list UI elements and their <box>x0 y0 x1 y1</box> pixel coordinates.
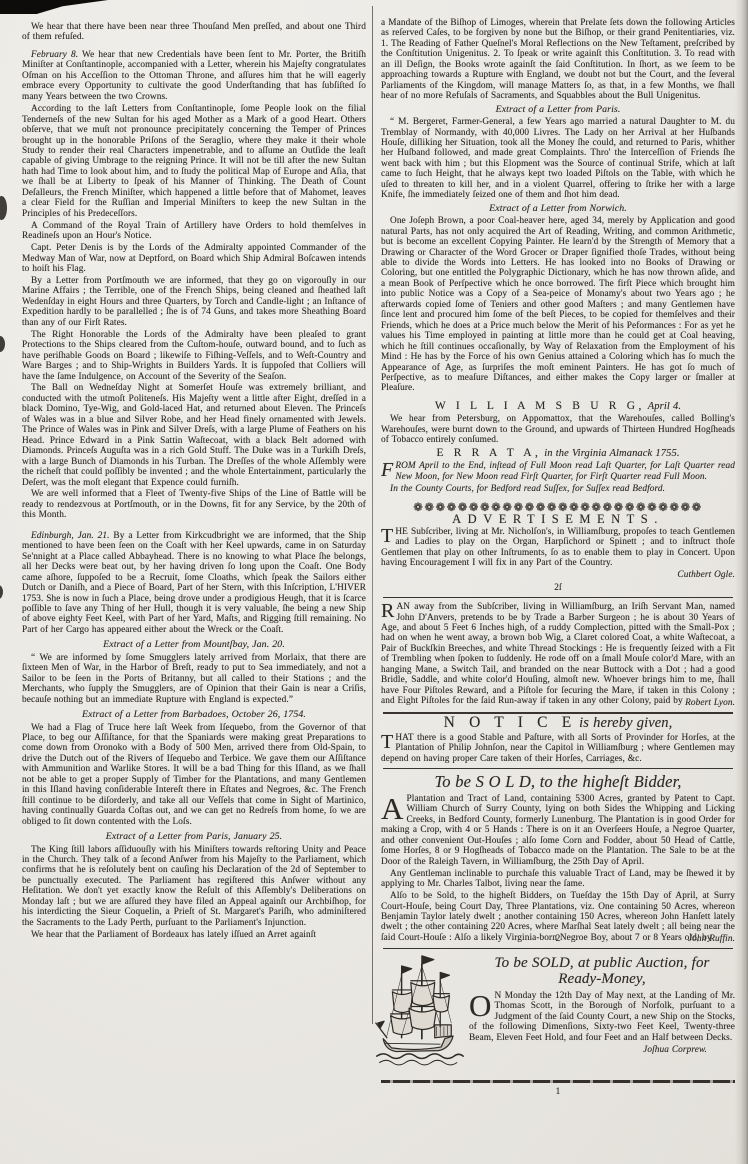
heading-caps: N O T I C E <box>444 714 577 731</box>
paragraph-text: We hear that there have been near three … <box>22 22 366 42</box>
letter-extract-heading: Extract of a Letter from Paris. <box>381 105 735 115</box>
drop-cap: T <box>381 733 395 750</box>
letter-extract-heading: Extract of a Letter from Paris, January … <box>22 832 366 842</box>
notice-heading: N O T I C E is hereby given, <box>381 718 735 730</box>
letter-extract-heading: Extract of a Letter from Norwich. <box>381 204 735 214</box>
heading-tail: April 4. <box>648 401 681 412</box>
paragraph-text: ROM April to the End, inſtead of Full Mo… <box>395 461 735 481</box>
paragraph-text: Any Gentleman inclinable to purchaſe thi… <box>381 869 735 889</box>
paragraph-text: The Ball on Wedneſday Night at Somerſet … <box>22 383 366 487</box>
news-paragraph: “ We are informed by ſome Smugglers late… <box>22 653 366 705</box>
section-rule <box>383 597 733 598</box>
signature-mark: 2ſ <box>381 583 735 593</box>
paragraph-text: a Mandate of the Biſhop of Limoges, wher… <box>381 18 735 101</box>
paragraph-text: The Right Honorable the Lords of the Adm… <box>22 330 366 382</box>
left-column: We hear that there have been near three … <box>22 0 366 942</box>
drop-cap: O <box>469 991 495 1018</box>
news-paragraph: The Right Honorable the Lords of the Adm… <box>22 330 366 382</box>
heading-caps: E R R A T A, <box>436 447 541 459</box>
paragraph-text: By a Letter from Portſmouth we are infor… <box>22 276 366 328</box>
advertisement-paragraph: RAN away from the Subſcriber, living in … <box>381 602 735 707</box>
news-paragraph: “ M. Bergeret, Farmer-General, a few Yea… <box>381 117 735 201</box>
signature-mark: 2 <box>381 934 735 944</box>
news-paragraph: By a Letter from Portſmouth we are infor… <box>22 276 366 328</box>
ship-woodcut-illustration <box>374 953 466 1071</box>
paragraph-text: We had a Flag of Truce here laſt Week fr… <box>22 723 366 827</box>
auction-heading-line: Ready-Money, <box>469 971 735 988</box>
dateline: February 8. <box>31 50 78 60</box>
signature-line: Joſhua Corprew. <box>469 1045 735 1055</box>
notice-paragraph: THAT there is a good Stable and Paſture,… <box>381 733 735 764</box>
bottom-rule <box>381 1080 735 1082</box>
heading-tail: in the Virginia Almanack 1755. <box>544 448 679 459</box>
news-paragraph: a Mandate of the Biſhop of Limoges, wher… <box>381 18 735 102</box>
paragraph-text: “ We are informed by ſome Smugglers late… <box>22 653 366 705</box>
edge-ink-blob <box>0 585 3 599</box>
letter-extract-heading: Extract of a Letter from Barbadoes, Octo… <box>22 710 366 720</box>
heading-caps: W I L L I A M S B U R G, <box>435 400 645 412</box>
column-divider-rule <box>372 6 373 1024</box>
paragraph-text: N Monday the 12th Day of May next, at th… <box>469 991 735 1043</box>
news-paragraph: Edinburgh, Jan. 21. By a Letter from Kir… <box>22 531 366 636</box>
newspaper-page: We hear that there have been near three … <box>0 0 748 1164</box>
news-paragraph: A Command of the Royal Train of Artiller… <box>22 221 366 242</box>
paragraph-text: AN away from the Subſcriber, living in W… <box>381 602 735 706</box>
news-paragraph: The King ſtill labors aſſiduouſly with h… <box>22 845 366 929</box>
news-paragraph: Capt. Peter Denis is by the Lords of the… <box>22 243 366 274</box>
paragraph-text: The King ſtill labors aſſiduouſly with h… <box>22 845 366 928</box>
paragraph-text: “ M. Bergeret, Farmer-General, a few Yea… <box>381 117 735 200</box>
news-paragraph: We hear from Petersburg, on Appomattox, … <box>381 414 735 445</box>
auction-section: To be SOLD, at public Auction, forReady-… <box>381 953 735 1074</box>
drop-cap: F <box>381 461 395 478</box>
printer-ornament-row: ❁❁❁❁❁❁❁❁❁❁❁❁❁❁❁❁❁❁❁❁❁❁❁❁❁❁ <box>381 502 735 512</box>
news-paragraph: We had a Flag of Truce here laſt Week fr… <box>22 723 366 828</box>
sale-heading: To be S O L D, to the higheſt Bidder, <box>381 773 735 791</box>
paragraph-text: A Command of the Royal Train of Artiller… <box>22 221 366 241</box>
ship-woodcut <box>374 953 466 1074</box>
drop-cap: T <box>381 527 395 544</box>
section-rule <box>383 768 733 769</box>
williamsburg-dateline-heading: W I L L I A M S B U R G, April 4. <box>381 401 735 412</box>
paragraph-text: By a Letter from Kirkcudbright we are in… <box>22 531 366 635</box>
news-paragraph: We hear that the Parliament of Bordeaux … <box>22 930 366 940</box>
paragraph-text: Capt. Peter Denis is by the Lords of the… <box>22 243 366 274</box>
errata-heading: E R R A T A, in the Virginia Almanack 17… <box>381 448 735 459</box>
auction-paragraph: ON Monday the 12th Day of May next, at t… <box>469 991 735 1043</box>
errata-paragraph: FROM April to the End, inſtead of Full M… <box>381 461 735 482</box>
paragraph-text: We are well informed that a Fleet of Twe… <box>22 489 366 520</box>
news-paragraph: One Joſeph Brown, a poor Coal-heaver her… <box>381 216 735 394</box>
paragraph-text: We hear that the Parliament of Bordeaux … <box>31 930 316 940</box>
signature: Cuthbert Ogle. <box>677 570 735 580</box>
paragraph-text: HE Subſcriber, living at Mr. Nicholſon's… <box>381 527 735 568</box>
auction-body: To be SOLD, at public Auction, forReady-… <box>466 953 735 1074</box>
page-signature-mark: 1 <box>381 1087 735 1097</box>
advertisement-paragraph: THE Subſcriber, living at Mr. Nicholſon'… <box>381 527 735 569</box>
auction-heading-line: To be SOLD, at public Auction, for <box>469 955 735 972</box>
drop-cap: A <box>381 794 407 821</box>
signature-line: Cuthbert Ogle. <box>381 570 735 580</box>
right-column: a Mandate of the Biſhop of Limoges, wher… <box>381 0 735 1099</box>
heading-tail: is hereby given, <box>579 715 672 731</box>
sale-paragraph: Any Gentleman inclinable to purchaſe thi… <box>381 869 735 890</box>
news-paragraph: We hear that there have been near three … <box>22 22 366 43</box>
news-paragraph: We are well informed that a Fleet of Twe… <box>22 489 366 520</box>
paragraph-text: In the County Courts, for Bedford read S… <box>390 484 665 494</box>
edge-ink-blob <box>0 196 7 220</box>
sale-paragraph: APlantation and Tract of Land, containin… <box>381 794 735 867</box>
paragraph-text: Plantation and Tract of Land, containing… <box>381 794 735 867</box>
edge-ink-blob <box>0 336 5 352</box>
signature: Joſhua Corprew. <box>643 1045 735 1055</box>
drop-cap: R <box>381 602 396 619</box>
signature: Robert Lyon. <box>685 698 735 708</box>
auction-heading: To be SOLD, at public Auction, forReady-… <box>469 955 735 988</box>
display-heading-line: To be S O L D, to the higheſt Bidder, <box>381 773 735 791</box>
paragraph-text: One Joſeph Brown, a poor Coal-heaver her… <box>381 216 735 393</box>
paragraph-text: We hear from Petersburg, on Appomattox, … <box>381 414 735 445</box>
dateline: Edinburgh, Jan. 21. <box>31 531 110 541</box>
news-paragraph: According to the laſt Letters from Conſt… <box>22 104 366 219</box>
news-paragraph: February 8. We hear that new Credentials… <box>22 50 366 102</box>
section-rule <box>383 948 733 949</box>
news-paragraph: The Ball on Wedneſday Night at Somerſet … <box>22 383 366 488</box>
errata-paragraph: In the County Courts, for Bedford read S… <box>381 484 735 494</box>
paragraph-text: According to the laſt Letters from Conſt… <box>22 104 366 219</box>
signature-line: 2John Ruffin. <box>381 934 735 944</box>
letter-extract-heading: Extract of a Letter from Mountſbay, Jan.… <box>22 640 366 650</box>
advertisements-heading: ADVERTISEMENTS. <box>381 514 735 524</box>
signature-line: Robert Lyon. <box>381 698 735 708</box>
paragraph-text: HAT there is a good Stable and Paſture, … <box>381 733 735 764</box>
